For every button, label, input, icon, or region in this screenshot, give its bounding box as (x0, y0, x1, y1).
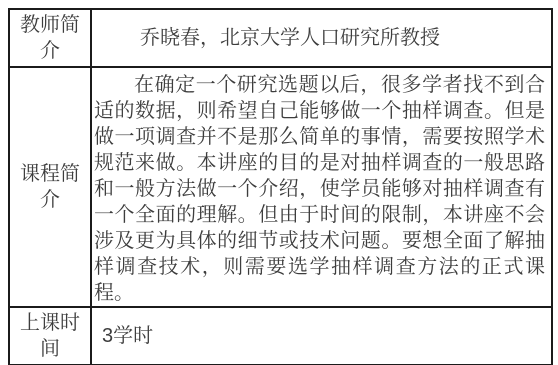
document-page: 教师简介 乔晓春，北京大学人口研究所教授 课程简介 在确定一个研究选题以后，很多… (0, 0, 558, 365)
course-intro-value: 在确定一个研究选题以后，很多学者找不到合适的数据，则希望自己能够做一个抽样调查。… (91, 67, 552, 307)
table-row-teacher-intro: 教师简介 乔晓春，北京大学人口研究所教授 (9, 9, 552, 67)
course-info-table: 教师简介 乔晓春，北京大学人口研究所教授 课程简介 在确定一个研究选题以后，很多… (8, 8, 553, 365)
teacher-intro-value: 乔晓春，北京大学人口研究所教授 (91, 9, 552, 67)
row-header-class-time: 上课时间 (9, 307, 91, 365)
row-header-course-intro: 课程简介 (9, 67, 91, 307)
class-time-value: 3学时 (91, 307, 552, 365)
table-row-course-intro: 课程简介 在确定一个研究选题以后，很多学者找不到合适的数据，则希望自己能够做一个… (9, 67, 552, 307)
table-row-class-time: 上课时间 3学时 (9, 307, 552, 365)
row-header-teacher-intro: 教师简介 (9, 9, 91, 67)
